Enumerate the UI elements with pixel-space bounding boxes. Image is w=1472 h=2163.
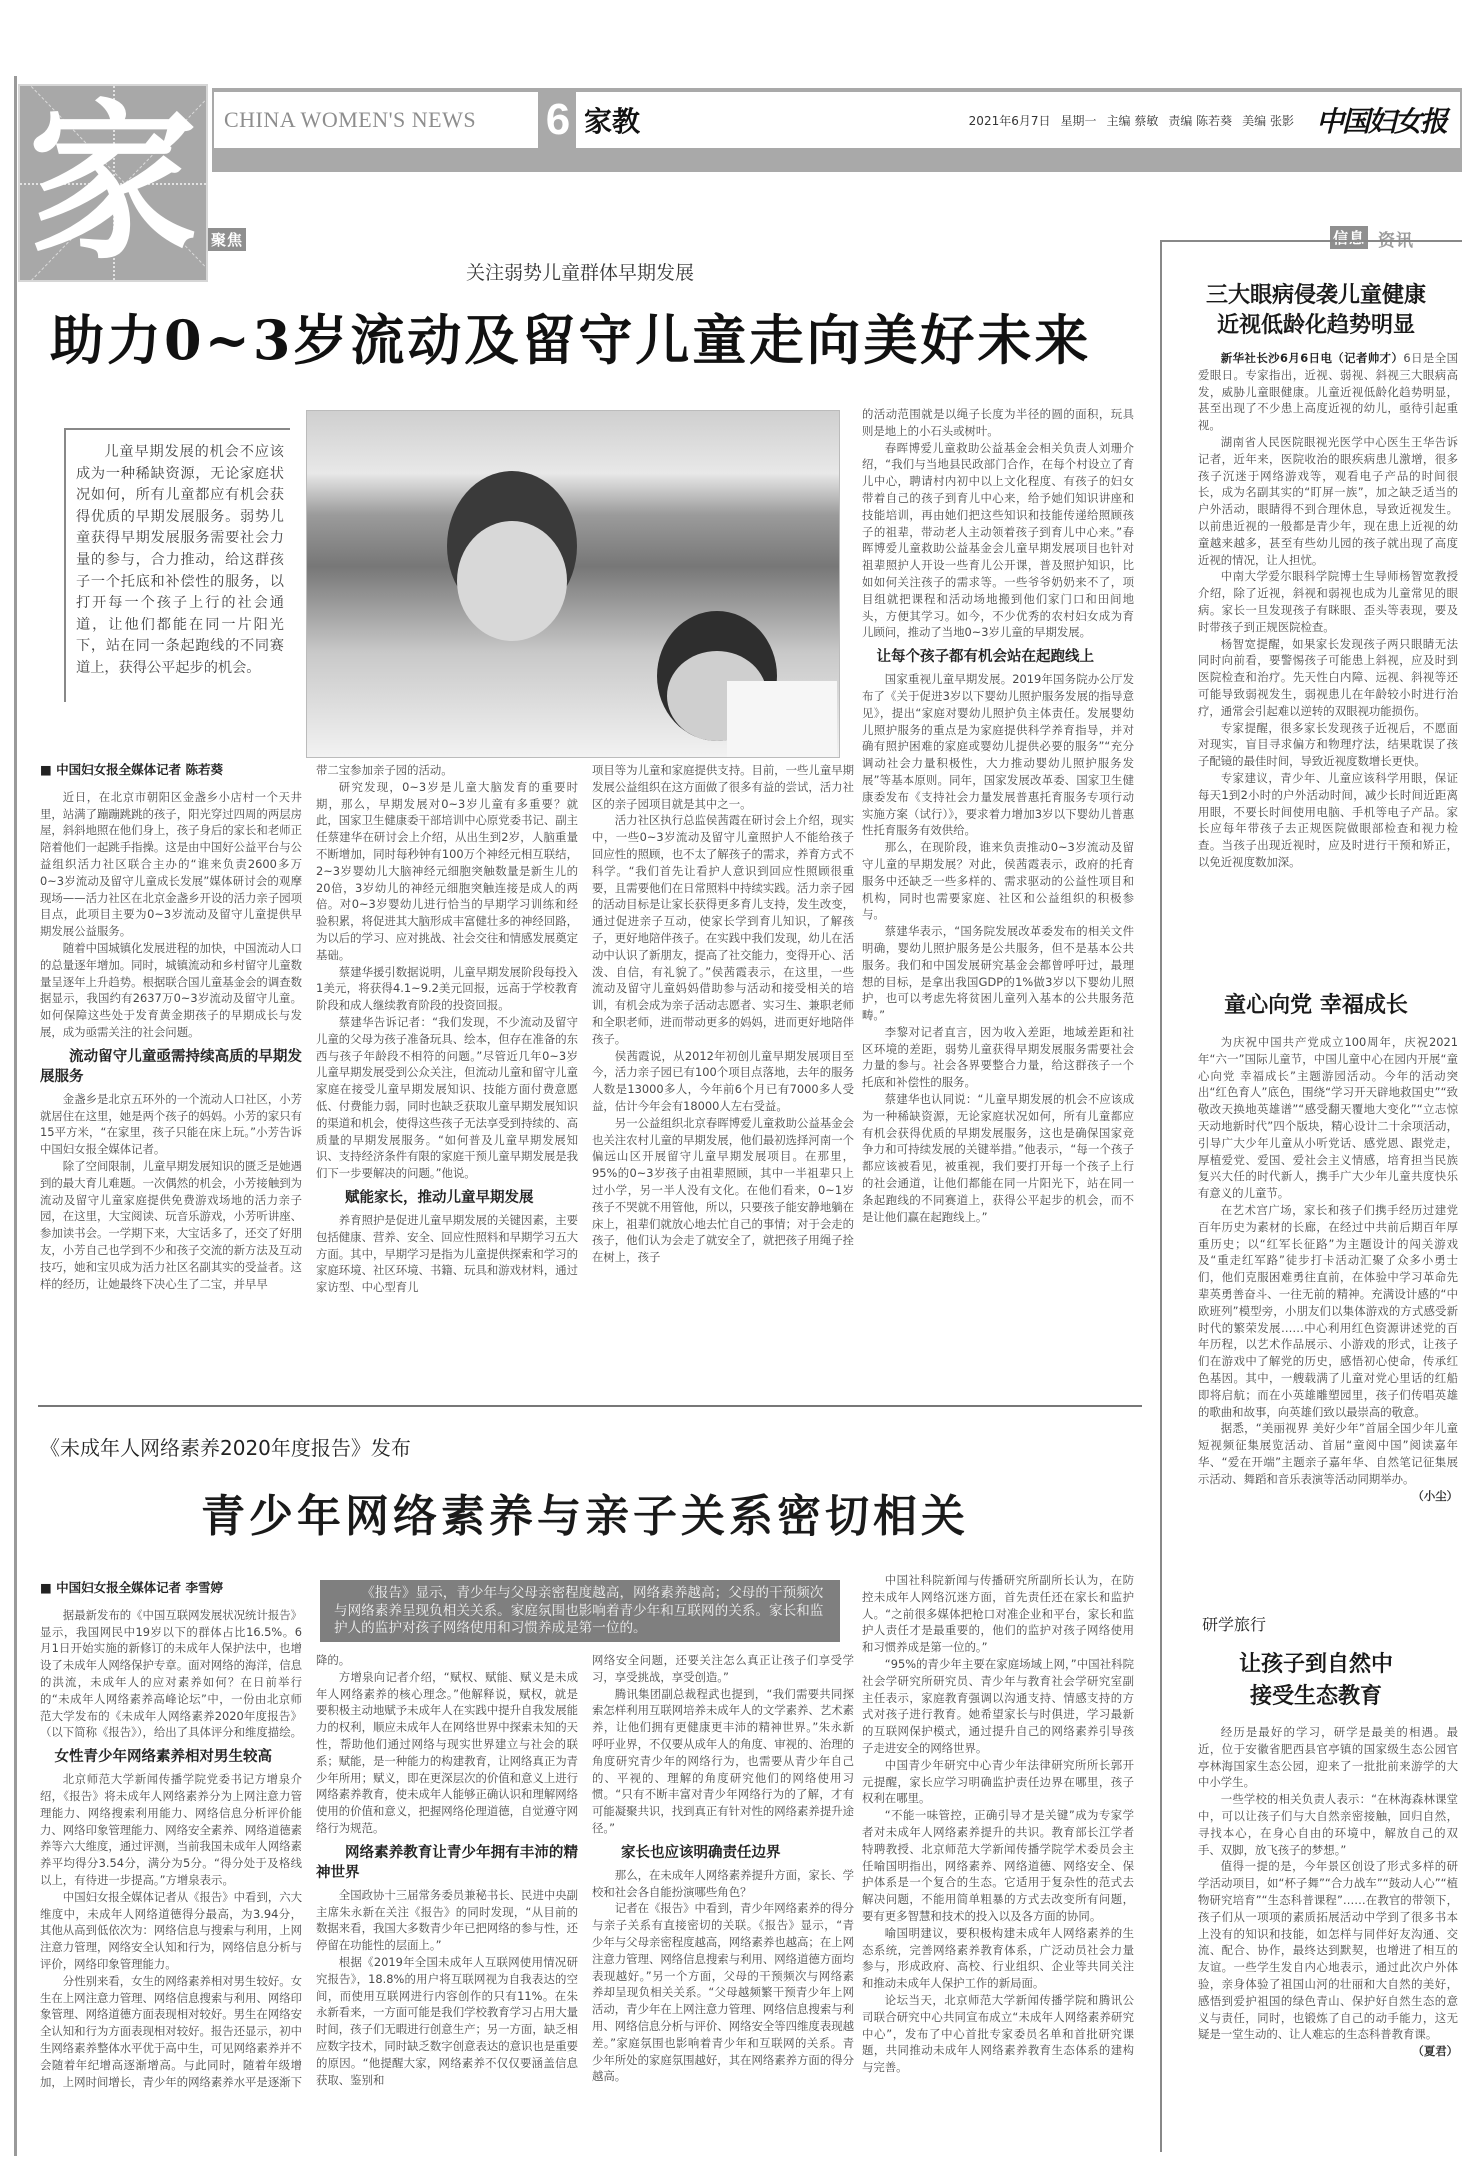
headline-line: 近视低龄化趋势明显 (1176, 310, 1456, 340)
photo-toy-box (727, 681, 837, 758)
paragraph: 活力社区执行总监侯茜霞在研讨会上介绍，现实中，一些0~3岁流动及留守儿童照护人不… (592, 812, 854, 1047)
article-divider (38, 1405, 1142, 1407)
paragraph: 另一公益组织北京春晖博爱儿童救助公益基金会也关注农村儿童的早期发展，他们最初选择… (592, 1115, 854, 1266)
header-strip (212, 150, 1462, 172)
paragraph: 专家建议，青少年、儿童应该科学用眼，保证每天1到2小时的户外活动时间，减少长时间… (1198, 770, 1458, 871)
article2-byline: 中国妇女报全媒体记者 李雪婷 (40, 1580, 302, 1597)
sidebar-story3-body: 经历是最好的学习，研学是最美的相遇。最近，位于安徽省肥西县官亭镇的国家级生态公园… (1198, 1724, 1458, 2149)
article1-subhead-1: 流动留守儿童亟需持续高质的早期发展服务 (40, 1047, 302, 1087)
paragraph: 除了空间限制，儿童早期发展知识的匮乏是她遇到的最大育儿难题。一次偶然的机会，小芳… (40, 1158, 302, 1292)
article2-column-4: 中国社科院新闻与传播研究所副所长认为，在防控未成年人网络沉迷方面，首先责任还在家… (862, 1572, 1134, 2155)
paper-english-name: CHINA WOMEN'S NEWS (224, 107, 476, 133)
paragraph: 养育照护是促进儿童早期发展的关键因素，主要包括健康、营养、安全、回应性照料和早期… (316, 1212, 578, 1296)
paragraph: 近日，在北京市朝阳区金盏乡小店村一个天井里，站满了蹦蹦跳跳的孩子，阳光穿过四周的… (40, 789, 302, 940)
paragraph: 一些学校的相关负责人表示：“在林海森林课堂中，可以让孩子们与大自然亲密接触，回归… (1198, 1791, 1458, 1858)
author-sign: （夏君） (1198, 2043, 1458, 2060)
paragraph: 论坛当天，北京师范大学新闻传播学院和腾讯公司联合研究中心共同宣布成立“未成年人网… (862, 1992, 1134, 2076)
paragraph: 值得一提的是，今年景区创设了形式多样的研学活动项目，如“杯子舞”“合力战车”“鼓… (1198, 1858, 1458, 2043)
section-big-char: 家 (20, 86, 206, 280)
masthead: 家 CHINA WOMEN'S NEWS 6 家教 2021年6月7日 星期一 … (14, 76, 1462, 216)
paragraph: 据悉，“美丽视界 美好少年”首届全国少年儿童短视频征集展览活动、首届“童阅中国”… (1198, 1420, 1458, 1487)
paragraph: 方增泉向记者介绍，“赋权、赋能、赋义是未成年人网络素养的核心理念。”他解释说，赋… (316, 1669, 578, 1837)
article1-kicker: 关注弱势儿童群体早期发展 (300, 258, 860, 285)
paragraph: 记者在《报告》中看到，青少年网络素养的得分与亲子关系有直接密切的关联。《报告》显… (592, 1900, 854, 2085)
paragraph: 中国妇女报全媒体记者从《报告》中看到，六大维度中，未成年人网络道德得分最高，为3… (40, 1889, 302, 1973)
article1-headline: 助力0~3岁流动及留守儿童走向美好未来 (50, 298, 1130, 375)
duty-editor: 责编 陈若葵 (1168, 112, 1232, 129)
paper-logo: 中国妇女报 (1316, 100, 1446, 140)
article2-subhead-2: 网络素养教育让青少年拥有丰沛的精神世界 (316, 1843, 578, 1883)
article1-byline: 中国妇女报全媒体记者 陈若葵 (40, 762, 302, 779)
paragraph: “95%的青少年主要在家庭场域上网，”中国社科院社会学研究所研究员、青少年与教育… (862, 1656, 1134, 1757)
issue-weekday: 星期一 (1060, 112, 1096, 129)
paragraph: 分性别来看，女生的网络素养相对男生较好。女生在上网注意力管理、网络信息搜索与利用… (40, 1973, 302, 2091)
sidebar-story1-body: 新华社长沙6月6日电（记者帅才）6日是全国爱眼日。专家指出，近视、弱视、斜视三大… (1198, 350, 1458, 920)
paragraph: 经历是最好的学习，研学是最美的相遇。最近，位于安徽省肥西县官亭镇的国家级生态公园… (1198, 1724, 1458, 1791)
paragraph: 为庆祝中国共产党成立100周年，庆祝2021年“六一”国际儿童节，中国儿童中心在… (1198, 1034, 1458, 1202)
article1-column-1: 中国妇女报全媒体记者 陈若葵 近日，在北京市朝阳区金盏乡小店村一个天井里，站满了… (40, 762, 302, 1362)
paragraph: 中国社科院新闻与传播研究所副所长认为，在防控未成年人网络沉迷方面，首先责任还在家… (862, 1572, 1134, 1656)
paragraph: 喻国明建议，要积极构建未成年人网络素养的生态系统，完善网络素养教育体系，广泛动员… (862, 1925, 1134, 1992)
sidebar-story1-headline: 三大眼病侵袭儿童健康 近视低龄化趋势明显 (1176, 280, 1456, 340)
paragraph: 中国青少年研究中心青少年法律研究所所长郭开元提醒，家长应学习明确监护责任边界在哪… (862, 1757, 1134, 1807)
paragraph: 北京师范大学新闻传播学院党委书记方增泉介绍，《报告》将未成年人网络素养分为上网注… (40, 1771, 302, 1889)
paragraph: 侯茜霞说，从2012年初创儿童早期发展项目至今，活力亲子园已有100个项目点落地… (592, 1048, 854, 1115)
sidebar-story2-body: 为庆祝中国共产党成立100周年，庆祝2021年“六一”国际儿童节，中国儿童中心在… (1198, 1034, 1458, 1574)
paragraph: 蔡建华也认同说：“儿童早期发展的机会不应该成为一种稀缺资源，无论家庭状况如何，所… (862, 1091, 1134, 1225)
article2-column-2: 降的。 方增泉向记者介绍，“赋权、赋能、赋义是未成年人网络素养的核心理念。”他解… (316, 1652, 578, 2155)
paragraph: 国家重视儿童早期发展。2019年国务院办公厅发布了《关于促进3岁以下婴幼儿照护服… (862, 671, 1134, 839)
art-editor: 美编 张影 (1242, 112, 1294, 129)
sidebar-story2-headline: 童心向党 幸福成长 (1176, 988, 1456, 1019)
issue-date: 2021年6月7日 (969, 112, 1051, 129)
paragraph: 腾讯集团副总裁程武也提到，“我们需要共同探索怎样利用互联网培养未成年人的文学素养… (592, 1686, 854, 1837)
article1-subhead-2: 赋能家长，推动儿童早期发展 (316, 1188, 578, 1208)
paragraph: 随着中国城镇化发展进程的加快，中国流动人口的总量逐年增加。同时，城镇流动和乡村留… (40, 940, 302, 1041)
paragraph: 蔡建华援引数据说明，儿童早期发展阶段每投入1美元，将获得4.1~9.2美元回报，… (316, 964, 578, 1014)
paragraph: 项目等为儿童和家庭提供支持。目前，一些儿童早期发展公益组织在这方面做了很多有益的… (592, 762, 854, 812)
paragraph: 李黎对记者直言，因为收入差距，地域差距和社区环境的差距，弱势儿童获得早期发展服务… (862, 1024, 1134, 1091)
article2-column-3: 网络安全问题，还要关注怎么真正让孩子们享受学习，享受挑战，享受创造。” 腾讯集团… (592, 1652, 854, 2155)
article2-subhead-3: 家长也应该明确责任边界 (592, 1843, 854, 1863)
paragraph: 蔡建华表示，“国务院发展改革委发布的相关文件明确，婴幼儿照护服务是公共服务，但不… (862, 923, 1134, 1024)
article1-photo (306, 410, 840, 758)
sidebar-story3-headline: 让孩子到自然中 接受生态教育 (1176, 1648, 1456, 1712)
article1-column-2: 带二宝参加亲子园的活动。 研究发现，0~3岁是儿童大脑发育的重要时期，那么，早期… (316, 762, 578, 1362)
paragraph: “不能一味管控，正确引导才是关键”成为专家学者对未成年人网络素养提升的共识。教育… (862, 1807, 1134, 1925)
article2-kicker: 《未成年人网络素养2020年度报告》发布 (40, 1432, 411, 1461)
header-right-panel: 家教 2021年6月7日 星期一 主编 蔡敏 责编 陈若葵 美编 张影 中国妇女… (576, 92, 1460, 148)
paragraph: 带二宝参加亲子园的活动。 (316, 762, 578, 779)
article2-highlight-box: 《报告》显示，青少年与父母亲密程度越高，网络素养越高；父母的干预频次与网络素养呈… (320, 1580, 840, 1642)
paragraph: 新华社长沙6月6日电（记者帅才）6日是全国爱眼日。专家指出，近视、弱视、斜视三大… (1198, 350, 1458, 434)
paragraph: 春晖博爱儿童救助公益基金会相关负责人刘珊介绍，“我们与当地县民政部门合作，在每个… (862, 440, 1134, 642)
article2-headline: 青少年网络素养与亲子关系密切相关 (40, 1480, 1130, 1544)
paragraph: 那么，在未成年人网络素养提升方面，家长、学校和社会各自能扮演哪些角色？ (592, 1867, 854, 1901)
photo-child-face (457, 521, 567, 641)
paragraph: 那么，在现阶段，谁来负责推动0~3岁流动及留守儿童的早期发展？对此，侯茜霞表示，… (862, 839, 1134, 923)
article1-subhead-3: 让每个孩子都有机会站在起跑线上 (862, 647, 1134, 667)
article1-column-3: 项目等为儿童和家庭提供支持。目前，一些儿童早期发展公益组织在这方面做了很多有益的… (592, 762, 854, 1362)
headline-line: 接受生态教育 (1176, 1680, 1456, 1712)
chief-editor: 主编 蔡敏 (1107, 112, 1159, 129)
paragraph: 在艺术宫广场，家长和孩子们携手经历过建党百年历史为素材的长廊，在经过中共前后期百… (1198, 1202, 1458, 1420)
article2-column-1: 中国妇女报全媒体记者 李雪婷 据最新发布的《中国互联网发展状况统计报告》显示，我… (40, 1580, 302, 2155)
paragraph: 据最新发布的《中国互联网发展状况统计报告》显示，我国网民中19岁以下的群体占比1… (40, 1607, 302, 1741)
paragraph: 的活动范围就是以绳子长度为半径的圆的面积，玩具则是地上的小石头或树叶。 (862, 406, 1134, 440)
paragraph: 金盏乡是北京五环外的一个流动人口社区，小芳就居住在这里，她是两个孩子的妈妈。小芳… (40, 1091, 302, 1158)
paragraph: 研究发现，0~3岁是儿童大脑发育的重要时期，那么，早期发展对0~3岁儿童有多重要… (316, 779, 578, 964)
paragraph: 全国政协十三届常务委员兼秘书长、民进中央副主席朱永新在关注《报告》的同时发现，“… (316, 1887, 578, 1954)
paragraph: 湖南省人民医院眼视光医学中心医生王华告诉记者，近年来，医院收治的眼疾病患儿激增，… (1198, 434, 1458, 568)
article1-pull-quote: 儿童早期发展的机会不应该成为一种稀缺资源，无论家庭状况如何，所有儿童都应有机会获… (76, 442, 284, 680)
header-bar: CHINA WOMEN'S NEWS 6 家教 2021年6月7日 星期一 主编… (212, 88, 1462, 150)
header-left-panel: CHINA WOMEN'S NEWS (214, 92, 538, 148)
column-tag-focus: 聚焦 (208, 228, 246, 251)
section-name: 家教 (584, 100, 640, 140)
headline-line: 让孩子到自然中 (1176, 1648, 1456, 1680)
paragraph: 蔡建华告诉记者：“我们发现，不少流动及留守儿童的父母为孩子准备玩具、绘本，但存在… (316, 1014, 578, 1182)
paragraph: 降的。 (316, 1652, 578, 1669)
paragraph: 网络安全问题，还要关注怎么真正让孩子们享受学习，享受挑战，享受创造。” (592, 1652, 854, 1686)
page-number: 6 (544, 94, 572, 146)
paragraph: 杨智宽提醒，如果家长发现孩子两只眼睛无法同时向前看，要警惕孩子可能患上斜视，应及… (1198, 636, 1458, 720)
issue-meta: 2021年6月7日 星期一 主编 蔡敏 责编 陈若葵 美编 张影 (969, 112, 1294, 129)
article1-pull-quote-box: 儿童早期发展的机会不应该成为一种稀缺资源，无论家庭状况如何，所有儿童都应有机会获… (64, 428, 290, 702)
article1-column-4: 的活动范围就是以绳子长度为半径的圆的面积，玩具则是地上的小石头或树叶。 春晖博爱… (862, 406, 1134, 1362)
headline-line: 三大眼病侵袭儿童健康 (1176, 280, 1456, 310)
section-char-block: 家 (18, 84, 208, 282)
sidebar-story3-kicker: 研学旅行 (1202, 1612, 1266, 1635)
dateline: 新华社长沙6月6日电（记者帅才） (1221, 351, 1404, 365)
paragraph: 根据《2019年全国未成年人互联网使用情况研究报告》，18.8%的用户将互联网视… (316, 1954, 578, 2088)
paragraph: 专家提醒，很多家长发现孩子近视后，不愿面对现实，盲目寻求偏方和物理疗法，结果耽误… (1198, 720, 1458, 770)
paragraph: 中南大学爱尔眼科学院博士生导师杨智宽教授介绍，除了近视，斜视和弱视也成为儿童常见… (1198, 568, 1458, 635)
article2-subhead-1: 女性青少年网络素养相对男生较高 (40, 1747, 302, 1767)
author-sign: （小尘） (1198, 1488, 1458, 1505)
